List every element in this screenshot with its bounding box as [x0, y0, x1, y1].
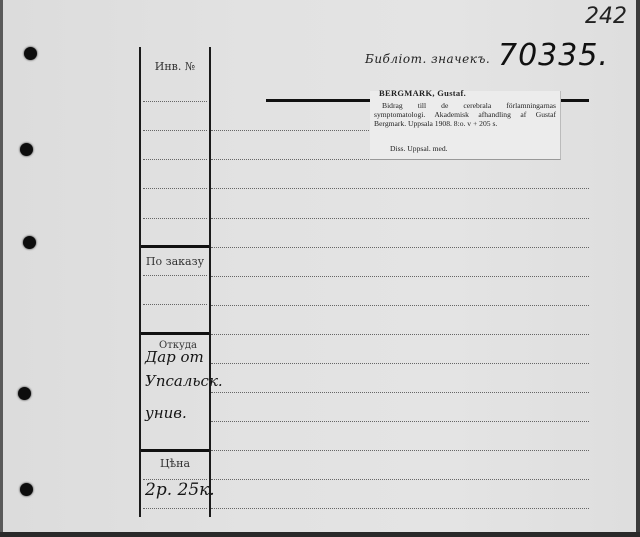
page-number: 242 [585, 4, 627, 29]
main-rule [211, 276, 589, 277]
punch-hole [18, 387, 31, 400]
section-divider [141, 332, 209, 335]
column-rule [143, 159, 207, 160]
order-header: По заказу [141, 255, 209, 268]
main-rule [211, 130, 371, 131]
main-rule [211, 450, 589, 451]
main-rule [211, 159, 371, 160]
pasted-bibliographic-clipping: BERGMARK, Gustaf. Bidrag till de cerebra… [370, 91, 561, 160]
column-rule [143, 218, 207, 219]
column-rule [143, 508, 207, 509]
main-rule [211, 218, 589, 219]
scan-edge-right [636, 0, 640, 537]
clipping-author: BERGMARK, Gustaf. [379, 89, 466, 98]
column-rule [143, 275, 207, 276]
price-header: Цѣна [141, 457, 209, 470]
clipping-description: Bidrag till de cerebrala förlamningarnas… [374, 101, 556, 128]
punch-hole [24, 47, 37, 60]
source-value-line-2: Упсальск. [145, 372, 223, 390]
main-rule [211, 392, 589, 393]
punch-hole [20, 143, 33, 156]
column-rule [143, 304, 207, 305]
main-rule [211, 188, 589, 189]
main-rule [211, 479, 589, 480]
main-rule [211, 363, 589, 364]
punch-hole [20, 483, 33, 496]
library-mark-number: 70335. [498, 38, 609, 73]
column-rule [143, 101, 207, 102]
main-rule [211, 421, 589, 422]
inventory-header: Инв. № [141, 60, 209, 73]
main-rule [211, 247, 589, 248]
source-value-line-1: Дар от [145, 348, 204, 366]
source-value-line-3: унив. [145, 404, 187, 422]
main-rule [211, 508, 589, 509]
price-value: 2р. 25к. [145, 480, 215, 500]
column-left-border [139, 47, 141, 517]
section-divider [141, 449, 209, 452]
library-mark-label: Библіот. значекъ. [365, 52, 490, 66]
scan-edge-bottom [0, 532, 640, 537]
column-right-border [209, 47, 211, 517]
main-rule [211, 334, 589, 335]
main-rule [211, 305, 589, 306]
section-divider [141, 245, 209, 248]
column-rule [143, 130, 207, 131]
clipping-note: Diss. Uppsal. med. [390, 144, 448, 153]
punch-hole [23, 236, 36, 249]
catalog-card: 242 Библіот. значекъ. 70335. Инв. № По з… [0, 0, 636, 532]
column-rule [143, 188, 207, 189]
